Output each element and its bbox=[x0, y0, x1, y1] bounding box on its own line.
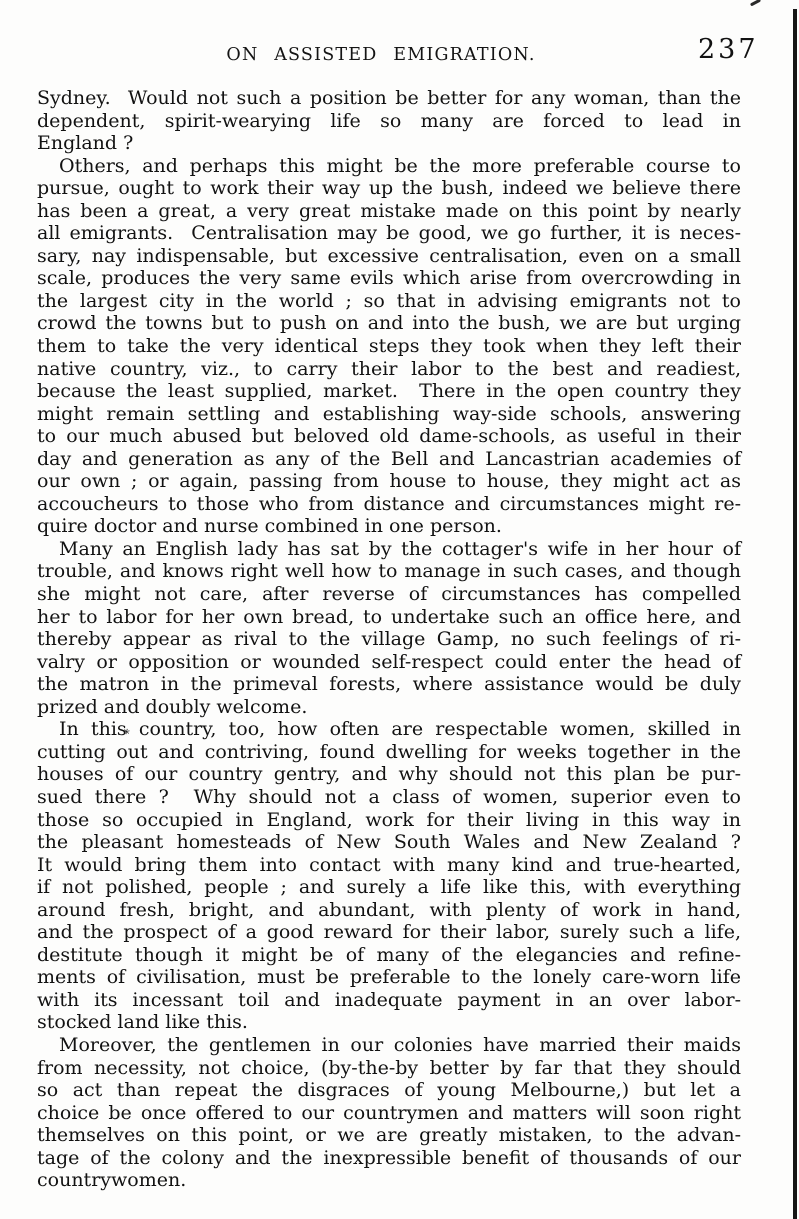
text-line: with its incessant toil and inadequate p… bbox=[37, 989, 741, 1012]
paragraph: Many an English lady has sat by the cott… bbox=[37, 538, 741, 718]
paragraph: Moreover, the gentlemen in our colonies … bbox=[37, 1034, 741, 1192]
scan-corner-artifact bbox=[750, 0, 761, 6]
text-line: the largest city in the world ; so that … bbox=[37, 290, 741, 313]
text-line: the matron in the primeval forests, wher… bbox=[37, 673, 741, 696]
text-line: trouble, and knows right well how to man… bbox=[37, 560, 741, 583]
text-line: sary, nay indispensable, but excessive c… bbox=[37, 245, 741, 268]
text-line: thereby appear as rival to the village G… bbox=[37, 628, 741, 651]
document-page: ⁎ ON ASSISTED EMIGRATION. 237 Sydney. Wo… bbox=[0, 0, 799, 1219]
text-line: valry or opposition or wounded self-resp… bbox=[37, 651, 741, 674]
text-line: Sydney. Would not such a position be bet… bbox=[37, 87, 741, 110]
text-line: might remain settling and establishing w… bbox=[37, 403, 741, 426]
text-line: all emigrants. Centralisation may be goo… bbox=[37, 222, 741, 245]
text-line: so act than repeat the disgraces of youn… bbox=[37, 1079, 741, 1102]
text-line: around fresh, bright, and abundant, with… bbox=[37, 899, 741, 922]
text-line: them to take the very identical steps th… bbox=[37, 335, 741, 358]
text-line: destitute though it might be of many of … bbox=[37, 944, 741, 967]
text-line: the pleasant homesteads of New South Wal… bbox=[37, 831, 741, 854]
text-line: accoucheurs to those who from distance a… bbox=[37, 493, 741, 516]
text-line: dependent, spirit-wearying life so many … bbox=[37, 110, 741, 133]
text-line: day and generation as any of the Bell an… bbox=[37, 448, 741, 471]
text-line: tage of the colony and the inexpressible… bbox=[37, 1147, 741, 1170]
scan-edge-line bbox=[793, 9, 797, 1219]
text-line: if not polished, people ; and surely a l… bbox=[37, 876, 741, 899]
text-line: countrywomen. bbox=[37, 1169, 741, 1192]
text-line: sued there ? Why should not a class of w… bbox=[37, 786, 741, 809]
text-line: scale, produces the very same evils whic… bbox=[37, 267, 741, 290]
text-line: those so occupied in England, work for t… bbox=[37, 809, 741, 832]
paragraph: Sydney. Would not such a position be bet… bbox=[37, 87, 741, 155]
text-line: It would bring them into contact with ma… bbox=[37, 854, 741, 877]
text-line: has been a great, a very great mistake m… bbox=[37, 200, 741, 223]
running-header-title: ON ASSISTED EMIGRATION. bbox=[226, 45, 535, 65]
text-line: from necessity, not choice, (by-the-by b… bbox=[37, 1057, 741, 1080]
paragraph: Others, and perhaps this might be the mo… bbox=[37, 155, 741, 538]
text-line: Many an English lady has sat by the cott… bbox=[37, 538, 741, 561]
text-line: to our much abused but beloved old dame-… bbox=[37, 425, 741, 448]
text-line: pursue, ought to work their way up the b… bbox=[37, 177, 741, 200]
text-line: prized and doubly welcome. bbox=[37, 696, 741, 719]
page-body: Sydney. Would not such a position be bet… bbox=[37, 87, 741, 1192]
text-line: quire doctor and nurse combined in one p… bbox=[37, 515, 741, 538]
text-line: stocked land like this. bbox=[37, 1011, 741, 1034]
text-line: her to labor for her own bread, to under… bbox=[37, 606, 741, 629]
text-line: and the prospect of a good reward for th… bbox=[37, 921, 741, 944]
text-line: crowd the towns but to push on and into … bbox=[37, 312, 741, 335]
text-line: Moreover, the gentlemen in our colonies … bbox=[37, 1034, 741, 1057]
text-line: themselves on this point, or we are grea… bbox=[37, 1124, 741, 1147]
text-line: native country, viz., to carry their lab… bbox=[37, 358, 741, 381]
running-header: ON ASSISTED EMIGRATION. bbox=[37, 45, 725, 65]
text-line: houses of our country gentry, and why sh… bbox=[37, 763, 741, 786]
text-line: cutting out and contriving, found dwelli… bbox=[37, 741, 741, 764]
text-line: because the least supplied, market. Ther… bbox=[37, 380, 741, 403]
text-line: England ? bbox=[37, 132, 741, 155]
text-line: our own ; or again, passing from house t… bbox=[37, 470, 741, 493]
text-line: choice be once offered to our countrymen… bbox=[37, 1102, 741, 1125]
paragraph: In this country, too, how often are resp… bbox=[37, 718, 741, 1034]
text-line: ments of civilisation, must be preferabl… bbox=[37, 966, 741, 989]
text-line: Others, and perhaps this might be the mo… bbox=[37, 155, 741, 178]
text-line: In this country, too, how often are resp… bbox=[37, 718, 741, 741]
page-number: 237 bbox=[698, 34, 759, 65]
text-line: she might not care, after reverse of cir… bbox=[37, 583, 741, 606]
